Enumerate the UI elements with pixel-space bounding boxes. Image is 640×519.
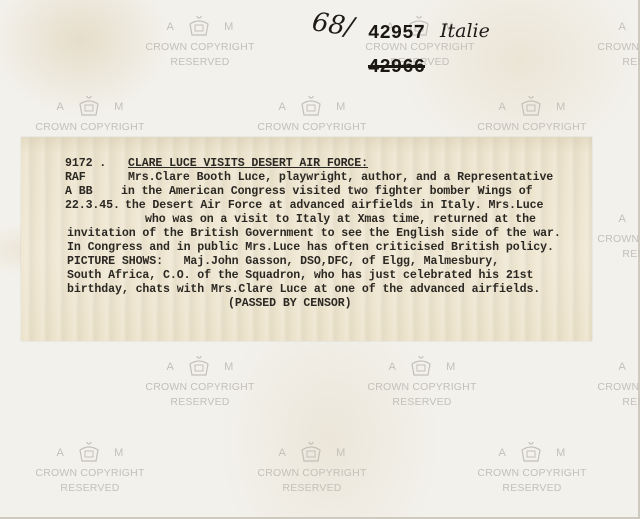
- caption-line: South Africa, C.O. of the Squadron, who …: [67, 269, 533, 283]
- watermark: A M CROWN COPYRIGHT RESERVED: [232, 440, 392, 496]
- photo-number: 42957: [368, 22, 425, 44]
- watermark-letter-m: M: [446, 360, 455, 375]
- watermark-letter-a: A: [57, 100, 65, 115]
- watermark-line2: RESERVED: [572, 395, 640, 410]
- crown-icon: [184, 356, 214, 378]
- watermark: A M CROWN COPYRIGHT RESERVED: [10, 440, 170, 496]
- watermark-line2: RESERVED: [452, 481, 612, 496]
- watermark: A M CROWN COPYRIGHT RESERVED: [120, 14, 280, 70]
- censor-note: (PASSED BY CENSOR): [228, 297, 351, 311]
- watermark-letter-m: M: [224, 360, 233, 375]
- caption-line: who was on a visit to Italy at Xmas time…: [145, 213, 536, 227]
- watermark-line2: RESERVED: [120, 395, 280, 410]
- handwritten-folio: 68/: [310, 7, 356, 43]
- watermark-line2: RESERVED: [232, 481, 392, 496]
- crown-icon: [184, 16, 214, 38]
- crown-icon: [636, 208, 640, 230]
- watermark-line1: CROWN COPYRIGHT: [342, 380, 502, 395]
- caption-line: In Congress and in public Mrs.Luce has o…: [67, 241, 554, 255]
- watermark-line1: CROWN COPYRIGHT: [120, 380, 280, 395]
- caption-ref-number: 9172 .: [65, 157, 106, 171]
- caption-date: 22.3.45.: [65, 199, 120, 213]
- caption-picture-shows: PICTURE SHOWS: Maj.John Gasson, DSO,DFC,…: [67, 255, 499, 269]
- watermark: A M CROWN COPYRIGHT RESERVED: [572, 354, 640, 410]
- watermark: A M CROWN COPYRIGHT RESERVED: [572, 14, 640, 70]
- handwritten-place: Italie: [440, 20, 490, 42]
- watermark-line2: RESERVED: [120, 55, 280, 70]
- watermark-letter-m: M: [556, 100, 565, 115]
- caption-line: birthday, chats with Mrs.Clare Luce at o…: [67, 283, 540, 297]
- watermark-line1: CROWN COPYRIGHT: [10, 120, 170, 135]
- crown-icon: [516, 96, 546, 118]
- crossed-out-number: 42966: [368, 56, 425, 78]
- caption-clipping: 9172 . RAF A BB 22.3.45. CLARE LUCE VISI…: [21, 137, 592, 341]
- watermark: A M CROWN COPYRIGHT RESERVED: [342, 354, 502, 410]
- caption-headline: CLARE LUCE VISITS DESERT AIR FORCE:: [128, 157, 368, 171]
- clipping-shadow: [21, 137, 592, 153]
- watermark-line1: CROWN COPYRIGHT: [232, 466, 392, 481]
- watermark-line2: RESERVED: [342, 395, 502, 410]
- watermark-line1: CROWN COPYRIGHT: [572, 40, 640, 55]
- watermark-letter-a: A: [279, 100, 287, 115]
- caption-line: the Desert Air Force at advanced airfiel…: [125, 199, 543, 213]
- watermark-line1: CROWN COPYRIGHT: [232, 120, 392, 135]
- watermark-letter-a: A: [57, 446, 65, 461]
- photo-back: A M CROWN COPYRIGHT RESERVED A M CROWN C…: [0, 0, 640, 519]
- watermark-line2: RESERVED: [572, 55, 640, 70]
- watermark-letter-m: M: [114, 100, 123, 115]
- caption-line: Mrs.Clare Booth Luce, playwright, author…: [128, 171, 553, 185]
- crown-icon: [74, 96, 104, 118]
- crown-icon: [296, 442, 326, 464]
- watermark-letter-a: A: [619, 20, 627, 35]
- watermark-letter-a: A: [499, 100, 507, 115]
- crown-icon: [296, 96, 326, 118]
- watermark-letter-m: M: [224, 20, 233, 35]
- watermark-letter-m: M: [336, 446, 345, 461]
- watermark-line1: CROWN COPYRIGHT: [120, 40, 280, 55]
- caption-line: invitation of the British Government to …: [67, 227, 561, 241]
- watermark-letter-a: A: [167, 360, 175, 375]
- watermark-letter-a: A: [499, 446, 507, 461]
- watermark-line1: CROWN COPYRIGHT: [10, 466, 170, 481]
- watermark-letter-a: A: [619, 360, 627, 375]
- watermark-letter-a: A: [619, 212, 627, 227]
- watermark: A M CROWN COPYRIGHT RESERVED: [452, 440, 612, 496]
- crown-icon: [406, 356, 436, 378]
- watermark-letter-m: M: [556, 446, 565, 461]
- watermark-letter-m: M: [336, 100, 345, 115]
- crown-icon: [74, 442, 104, 464]
- watermark-line1: CROWN COPYRIGHT: [452, 466, 612, 481]
- watermark-line1: CROWN COPYRIGHT: [572, 380, 640, 395]
- watermark-letter-a: A: [279, 446, 287, 461]
- watermark: A M CROWN COPYRIGHT RESERVED: [120, 354, 280, 410]
- crown-icon: [516, 442, 546, 464]
- caption-source: RAF: [65, 171, 86, 185]
- caption-code: A BB: [65, 185, 92, 199]
- watermark-line2: RESERVED: [10, 481, 170, 496]
- crown-icon: [636, 356, 640, 378]
- crown-icon: [636, 16, 640, 38]
- caption-line: in the American Congress visited two fig…: [121, 185, 532, 199]
- watermark-letter-a: A: [167, 20, 175, 35]
- watermark-line1: CROWN COPYRIGHT: [452, 120, 612, 135]
- watermark-letter-m: M: [114, 446, 123, 461]
- watermark-letter-a: A: [389, 360, 397, 375]
